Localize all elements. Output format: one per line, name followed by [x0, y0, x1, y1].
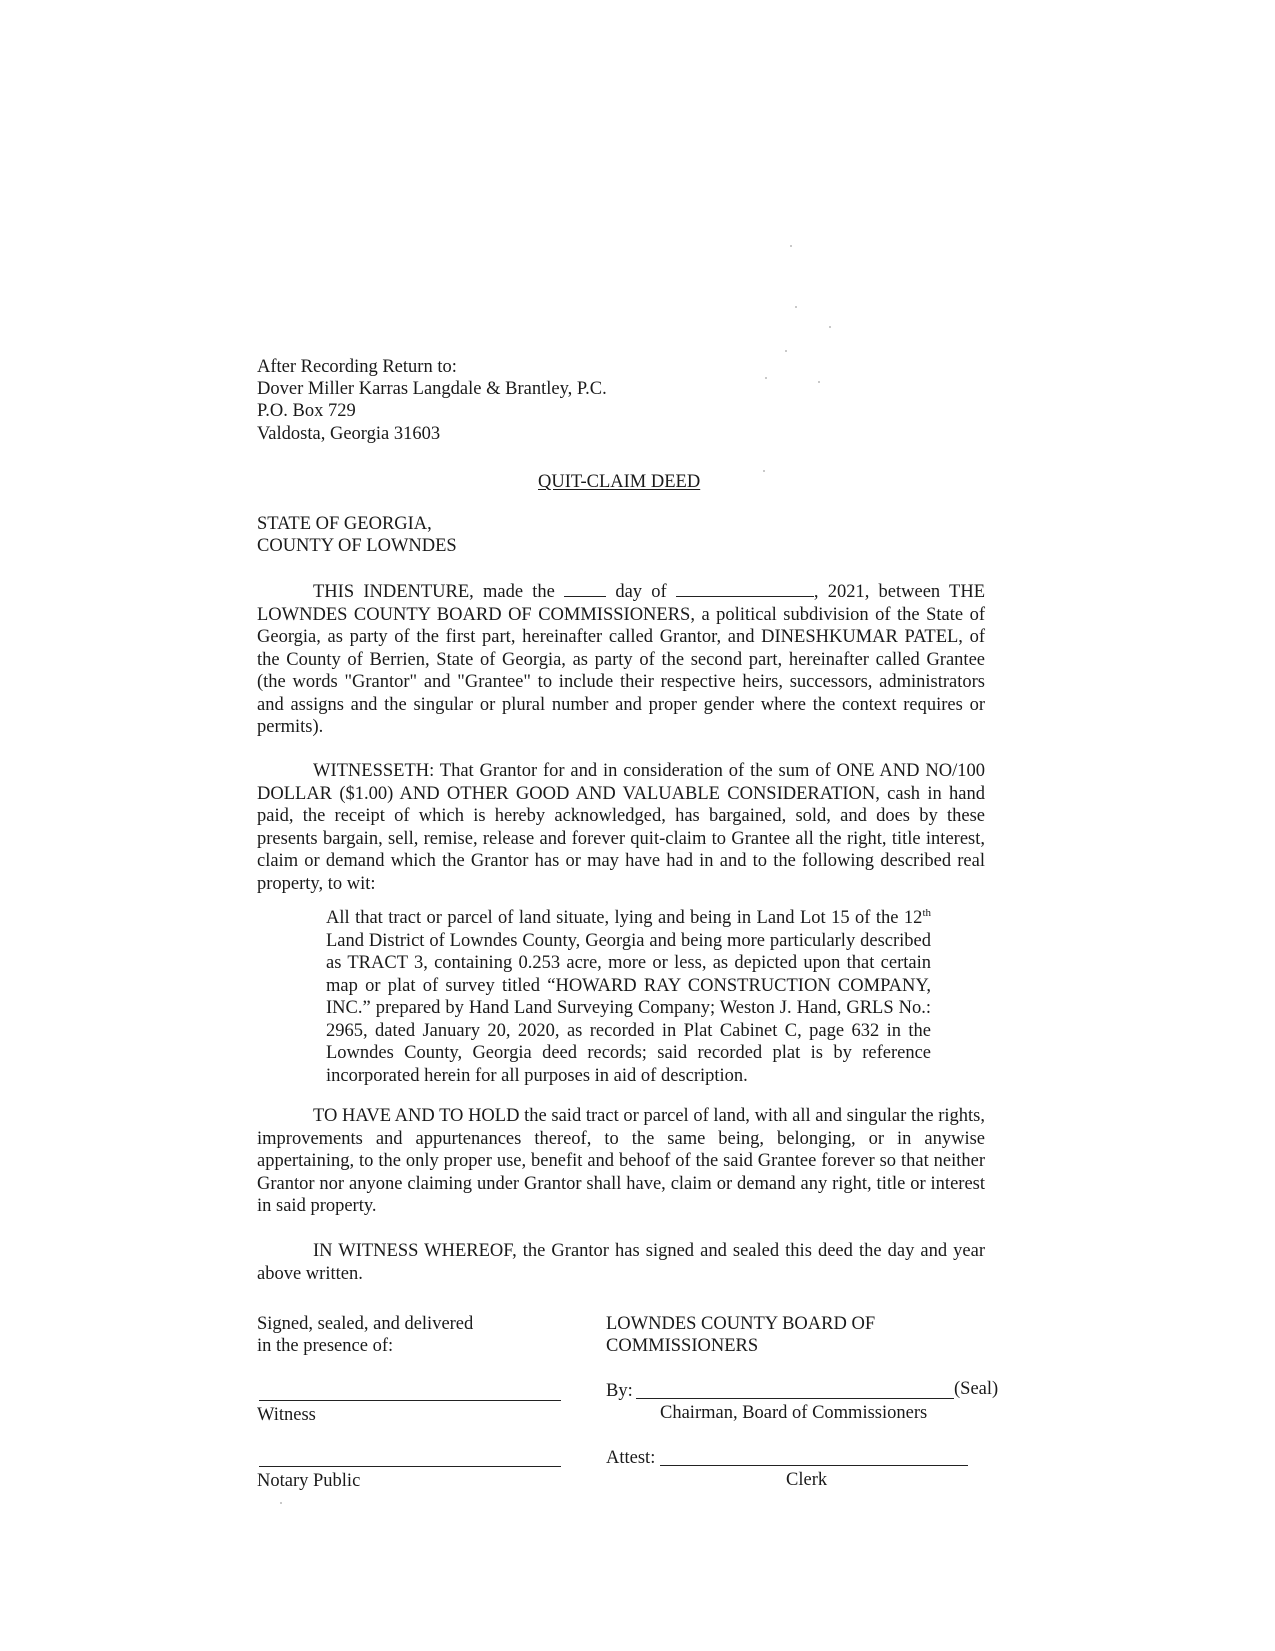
grantor-name-line1: LOWNDES COUNTY BOARD OF [606, 1313, 875, 1336]
legal-description: All that tract or parcel of land situate… [326, 907, 931, 1087]
indenture-text-1: THIS INDENTURE, made the [313, 582, 555, 602]
testimonium-paragraph: IN WITNESS WHEREOF, the Grantor has sign… [257, 1240, 985, 1285]
chairman-signature-line[interactable] [636, 1398, 954, 1399]
by-label: By: [606, 1380, 633, 1403]
return-address-firm: Dover Miller Karras Langdale & Brantley,… [257, 378, 607, 401]
legal-description-text-2: Land District of Lowndes County, Georgia… [326, 931, 931, 1086]
venue-state: STATE OF GEORGIA, [257, 513, 432, 536]
indenture-text-3: , 2021, between THE LOWNDES COUNTY BOARD… [257, 582, 985, 737]
scan-speck [280, 1502, 282, 1504]
witnesseth-paragraph: WITNESSETH: That Grantor for and in cons… [257, 760, 985, 895]
indenture-text-2: day of [615, 582, 666, 602]
scan-speck [785, 350, 787, 352]
chairman-label: Chairman, Board of Commissioners [660, 1402, 927, 1425]
attest-label: Attest: [606, 1447, 655, 1470]
witness-label: Witness [257, 1404, 316, 1427]
legal-description-superscript: th [922, 907, 931, 919]
venue-county: COUNTY OF LOWNDES [257, 535, 457, 558]
return-address-city: Valdosta, Georgia 31603 [257, 423, 440, 446]
scan-speck [829, 326, 831, 328]
seal-label: (Seal) [954, 1378, 998, 1401]
presence-heading: in the presence of: [257, 1335, 393, 1358]
scan-speck [765, 377, 767, 379]
testimonium-text: IN WITNESS WHEREOF, the Grantor has sign… [257, 1240, 985, 1285]
deed-page: After Recording Return to: Dover Miller … [0, 0, 1275, 1651]
day-blank[interactable] [564, 580, 606, 597]
scan-speck [818, 381, 820, 383]
notary-label: Notary Public [257, 1470, 360, 1493]
notary-signature-line[interactable] [259, 1466, 561, 1467]
scan-speck [763, 470, 765, 472]
witnesseth-text: WITNESSETH: That Grantor for and in cons… [257, 760, 985, 895]
scan-speck [795, 306, 797, 308]
return-address-po-box: P.O. Box 729 [257, 400, 356, 423]
clerk-signature-line[interactable] [660, 1465, 968, 1466]
habendum-text: TO HAVE AND TO HOLD the said tract or pa… [257, 1105, 985, 1218]
return-address-line1: After Recording Return to: [257, 356, 457, 379]
witness-signature-line[interactable] [259, 1400, 561, 1401]
indenture-paragraph: THIS INDENTURE, made the day of , 2021, … [257, 580, 985, 739]
document-title: QUIT-CLAIM DEED [538, 471, 700, 494]
signed-sealed-heading: Signed, sealed, and delivered [257, 1313, 473, 1336]
scan-speck [790, 245, 792, 247]
month-blank[interactable] [676, 580, 814, 597]
grantor-name-line2: COMMISSIONERS [606, 1335, 758, 1358]
legal-description-text-1: All that tract or parcel of land situate… [326, 908, 922, 928]
clerk-label: Clerk [786, 1469, 827, 1492]
habendum-paragraph: TO HAVE AND TO HOLD the said tract or pa… [257, 1105, 985, 1218]
